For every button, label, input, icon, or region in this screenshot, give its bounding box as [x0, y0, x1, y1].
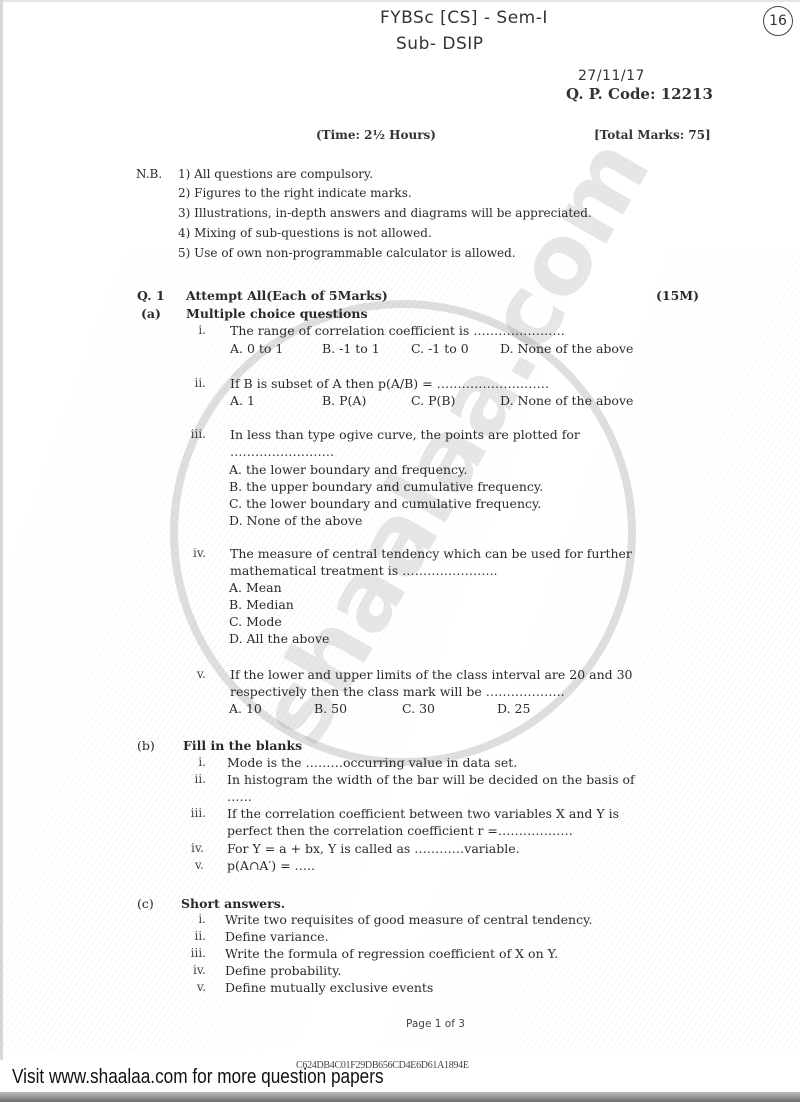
question-number: Q. 1 [137, 288, 165, 303]
page-left-edge [0, 0, 3, 1060]
question-text: Define mutually exclusive events [225, 980, 433, 995]
section-title: Multiple choice questions [186, 306, 368, 321]
question-text: Write the formula of regression coeffici… [225, 946, 558, 961]
question-item-number: i. [176, 912, 206, 926]
handwritten-course: FYBSc [CS] - Sem-I [380, 8, 548, 28]
instructions-label: N.B. [136, 167, 162, 181]
answer-option: D. 25 [497, 701, 530, 716]
answer-option: B. the upper boundary and cumulative fre… [229, 479, 543, 494]
question-text: Mode is the ………occurring value in data s… [227, 755, 517, 770]
section-label: (a) [141, 306, 161, 321]
section-title: Short answers. [181, 896, 285, 911]
qp-code: Q. P. Code: 12213 [566, 85, 713, 103]
question-text: The measure of central tendency which ca… [230, 546, 632, 561]
answer-option: A. the lower boundary and frequency. [229, 462, 467, 477]
question-item-number: iv. [176, 963, 206, 977]
question-text: For Y = a + bx, Y is called as …………varia… [227, 841, 520, 856]
answer-option: C. 30 [402, 701, 435, 716]
question-text: In histogram the width of the bar will b… [227, 772, 635, 787]
question-item-number: iii. [176, 806, 206, 820]
answer-option: A. 1 [230, 393, 255, 408]
question-item-number: v. [176, 980, 206, 994]
question-text: The range of correlation coefficient is … [230, 323, 565, 338]
answer-option: B. P(A) [322, 393, 366, 408]
answer-option: C. the lower boundary and cumulative fre… [229, 496, 541, 511]
question-text: mathematical treatment is ………………….. [230, 563, 498, 578]
question-text: p(A∩A′) = ….. [227, 858, 315, 873]
answer-option: D. All the above [229, 631, 329, 646]
question-marks: (15M) [656, 288, 699, 303]
question-text: …… [227, 789, 252, 804]
page-bottom-edge [0, 1092, 800, 1102]
page-indicator: Page 1 of 3 [406, 1018, 465, 1030]
answer-option: B. Median [229, 597, 294, 612]
answer-option: C. Mode [229, 614, 282, 629]
exam-duration: (Time: 2½ Hours) [316, 128, 436, 142]
answer-option: C. P(B) [411, 393, 455, 408]
question-item-number: ii. [176, 929, 206, 943]
question-text: perfect then the correlation coefficient… [227, 823, 573, 838]
handwritten-date: 27/11/17 [578, 68, 645, 84]
total-marks: [Total Marks: 75] [594, 128, 711, 142]
question-item-number: iv. [174, 841, 204, 855]
question-item-number: iii. [176, 946, 206, 960]
answer-option: A. 0 to 1 [230, 341, 283, 356]
promo-text: Visit www.shaalaa.com for more question … [12, 1066, 384, 1089]
handwritten-subject: Sub- DSIP [396, 34, 484, 54]
question-item-number: v. [176, 667, 206, 681]
question-text: Define probability. [225, 963, 342, 978]
answer-option: D. None of the above [500, 341, 633, 356]
watermark-texture [0, 250, 800, 1050]
question-title: Attempt All(Each of 5Marks) [186, 288, 388, 303]
question-item-number: v. [174, 858, 204, 872]
question-text: If the lower and upper limits of the cla… [230, 667, 633, 682]
answer-option: A. Mean [229, 580, 282, 595]
answer-option: A. 10 [229, 701, 262, 716]
question-item-number: i. [176, 323, 206, 337]
question-item-number: iv. [176, 546, 206, 560]
answer-option: D. None of the above [229, 513, 362, 528]
page-top-edge [0, 0, 800, 2]
question-text: ……………………. [230, 444, 334, 459]
question-text: In less than type ogive curve, the point… [230, 427, 580, 442]
question-text: Write two requisites of good measure of … [225, 912, 592, 927]
instruction-item: 1) All questions are compulsory. [178, 167, 373, 181]
section-label: (c) [137, 896, 154, 911]
question-item-number: ii. [176, 772, 206, 786]
question-item-number: ii. [176, 376, 206, 390]
question-text: Define variance. [225, 929, 329, 944]
instruction-item: 4) Mixing of sub-questions is not allowe… [178, 226, 432, 240]
answer-option: B. 50 [314, 701, 347, 716]
handwritten-page-number: 16 [763, 6, 793, 36]
answer-option: C. -1 to 0 [411, 341, 469, 356]
instruction-item: 3) Illustrations, in-depth answers and d… [178, 206, 592, 220]
section-label: (b) [137, 738, 155, 753]
answer-option: D. None of the above [500, 393, 633, 408]
question-text: If B is subset of A then p(A/B) = ………………… [230, 376, 549, 391]
instruction-item: 5) Use of own non-programmable calculato… [178, 246, 516, 260]
question-item-number: iii. [176, 427, 206, 441]
instruction-item: 2) Figures to the right indicate marks. [178, 186, 412, 200]
answer-option: B. -1 to 1 [322, 341, 380, 356]
question-text: If the correlation coefficient between t… [227, 806, 619, 821]
question-item-number: i. [176, 755, 206, 769]
section-title: Fill in the blanks [183, 738, 302, 753]
question-text: respectively then the class mark will be… [230, 684, 565, 699]
